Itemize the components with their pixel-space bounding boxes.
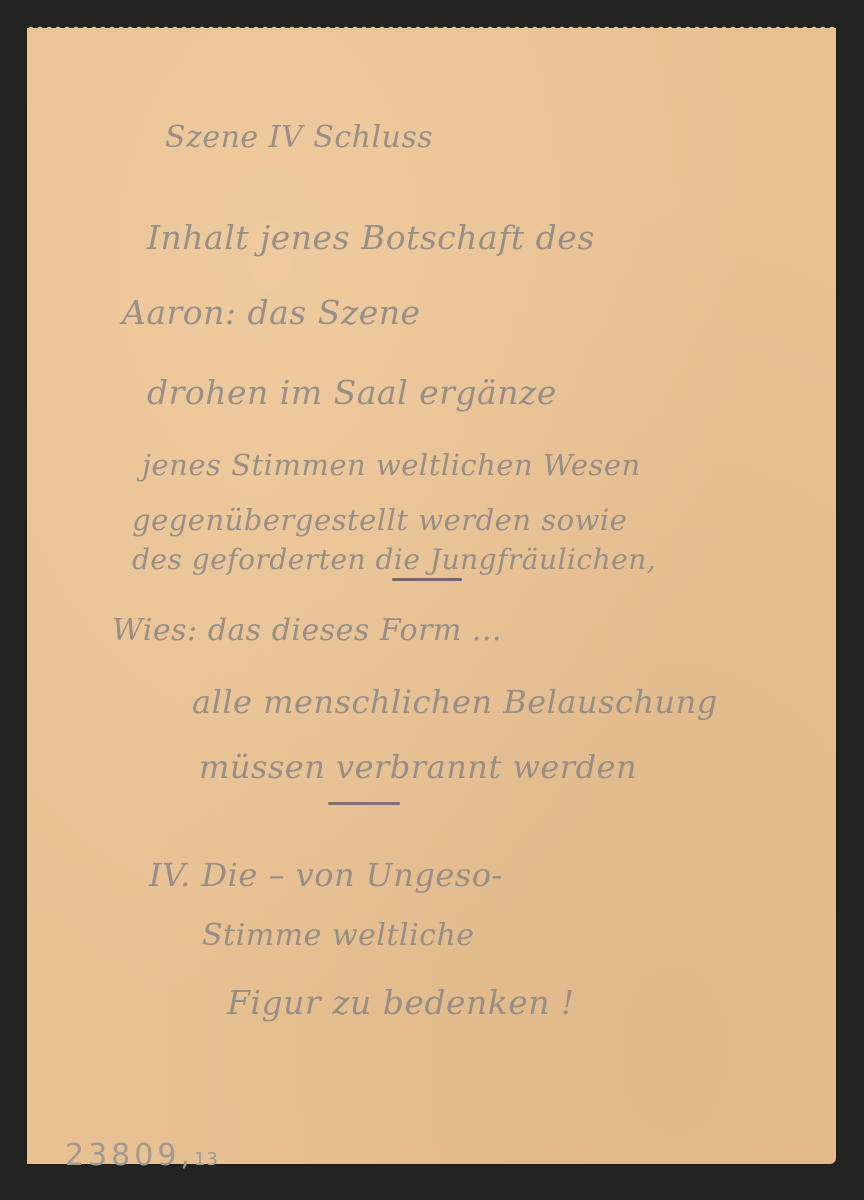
text-line-7: Wies: das dieses Form ... [112, 613, 502, 648]
text-line-9: müssen verbrannt werden [199, 748, 637, 786]
text-line-5: gegenübergestellt werden sowie [132, 503, 627, 537]
text-line-10: IV. Die – von Ungeso- [149, 856, 503, 894]
deckled-edge [27, 24, 836, 30]
archive-number-main: 23809, [65, 1138, 194, 1173]
text-line-1: Inhalt jenes Botschaft des [147, 218, 595, 257]
archive-number-sub: 13 [194, 1149, 219, 1170]
text-line-11: Stimme weltliche [202, 918, 475, 953]
heading-line: Szene IV Schluss [165, 120, 433, 155]
text-line-12: Figur zu bedenken ! [227, 983, 575, 1022]
text-line-4: jenes Stimmen weltlichen Wesen [142, 448, 641, 482]
archive-number: 23809,13 [65, 1138, 219, 1173]
text-line-8: alle menschlichen Belauschung [192, 683, 718, 721]
text-line-6: des geforderten die Jungfräulichen, [132, 543, 656, 576]
text-line-2: Aaron: das Szene [122, 293, 421, 332]
underline-stroke [392, 578, 462, 581]
text-line-3: drohen im Saal ergänze [147, 373, 557, 412]
section-separator [328, 802, 400, 805]
manuscript-page: Szene IV Schluss Inhalt jenes Botschaft … [27, 28, 836, 1164]
